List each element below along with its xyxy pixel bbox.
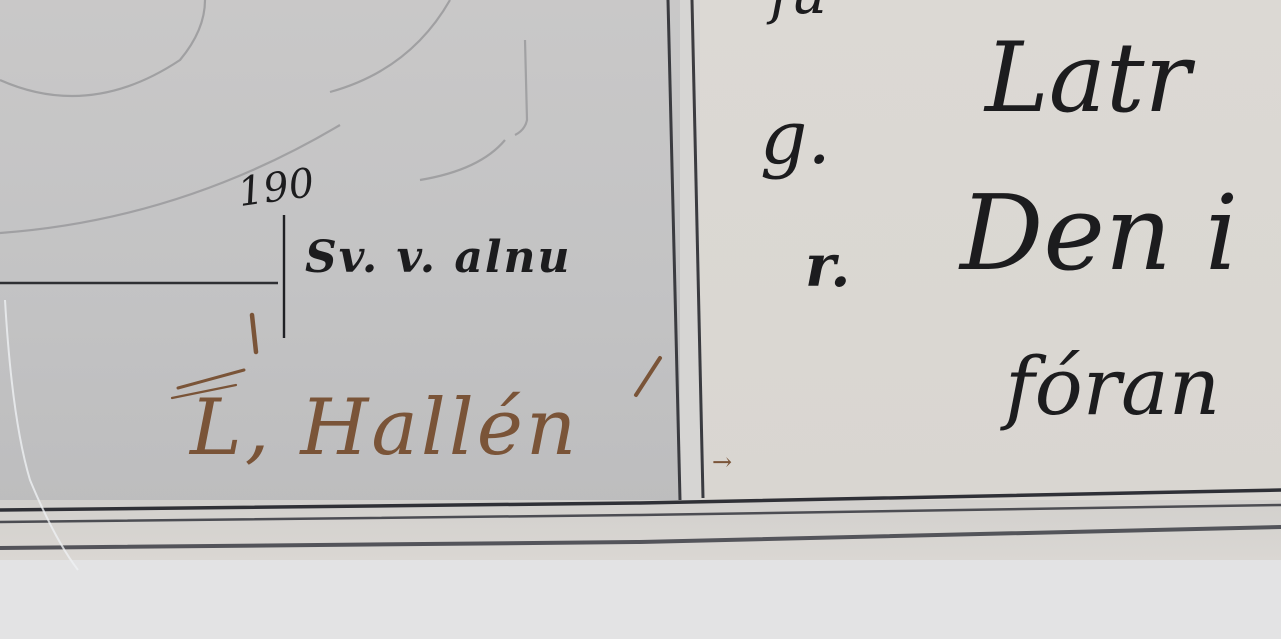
- right-line-3-text: Den i: [960, 172, 1238, 294]
- right-line-4-text: fóran: [1005, 340, 1220, 433]
- column-line-left: [668, 0, 680, 500]
- paper-crease: [5, 300, 78, 570]
- signature-tail: →: [712, 448, 732, 476]
- right-line-3-prefix: r.: [805, 232, 850, 300]
- right-line-2-prefix: g.: [760, 95, 831, 181]
- right-line-1: fu: [770, 0, 827, 27]
- column-line-right: [692, 0, 703, 498]
- signature-text: L, Hallén: [190, 383, 579, 473]
- bottom-rule-3: [0, 527, 1281, 548]
- row-label-text: Sv. v. alnu: [305, 232, 572, 283]
- right-line-2-text: Latr: [985, 22, 1190, 134]
